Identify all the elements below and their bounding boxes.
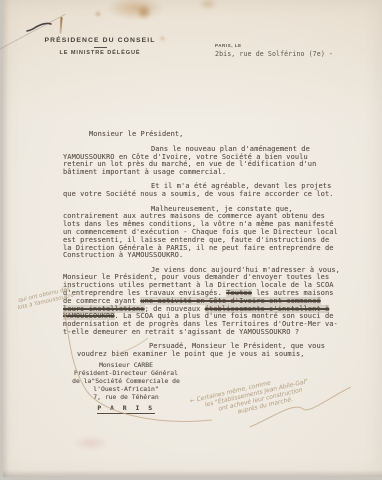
- addressee-line: l'Ouest-Africain": [60, 385, 192, 393]
- text-segment: Malheureusement, je constate que, contra…: [63, 205, 338, 260]
- stain: [74, 436, 108, 450]
- text-segment: Et il m'a été agréable, devant les proje…: [63, 182, 334, 198]
- dateline-city-label: PARIS, LE: [215, 43, 333, 48]
- letter-paragraph: Je viens donc aujourd'hui m'adresser à v…: [63, 267, 341, 337]
- addressee-line: Président-Directeur Général: [60, 369, 192, 377]
- letter-paragraph: Malheureusement, je constate que, contra…: [63, 206, 341, 261]
- addressee-city: P A R I S: [97, 404, 154, 414]
- salutation: Monsieur le Président,: [63, 131, 341, 139]
- struck-text-segment: Toutes: [226, 289, 252, 297]
- text-segment: Dans le nouveau plan d'aménagement de YA…: [63, 145, 316, 176]
- letter-paragraph: Persuadé, Monsieur le Président, que vou…: [77, 343, 329, 359]
- stain: [95, 11, 101, 17]
- stain: [160, 36, 165, 41]
- letter-paragraph: Dans le nouveau plan d'aménagement de YA…: [63, 146, 341, 177]
- text-segment: Persuadé, Monsieur le Président, que vou…: [77, 342, 325, 358]
- stain: [136, 4, 152, 20]
- dateline-address: 2bis, rue de Solférino (7e) -: [215, 50, 333, 58]
- addressee-line: Monsieur CARBE: [60, 361, 192, 369]
- letterhead: PRÉSIDENCE DU CONSEIL LE MINISTRE DÉLÉGU…: [42, 37, 158, 56]
- letterhead-org: PRÉSIDENCE DU CONSEIL: [42, 37, 158, 44]
- addressee-line: 7, rue de Téhéran: [60, 393, 192, 401]
- letterhead-rule: [94, 47, 107, 48]
- letterhead-office: LE MINISTRE DÉLÉGUÉ: [42, 50, 158, 56]
- addressee-line: de la"Société Commerciale de: [60, 377, 192, 385]
- addressee-block: Monsieur CARBE Président-Directeur Génér…: [60, 361, 192, 414]
- scanned-letter-page: PRÉSIDENCE DU CONSEIL LE MINISTRE DÉLÉGU…: [0, 0, 382, 480]
- dateline: PARIS, LE 2bis, rue de Solférino (7e) -: [215, 43, 333, 58]
- letter-paragraph: Et il m'a été agréable, devant les proje…: [63, 183, 341, 199]
- letter-body: Monsieur le Président, Dans le nouveau p…: [63, 131, 341, 365]
